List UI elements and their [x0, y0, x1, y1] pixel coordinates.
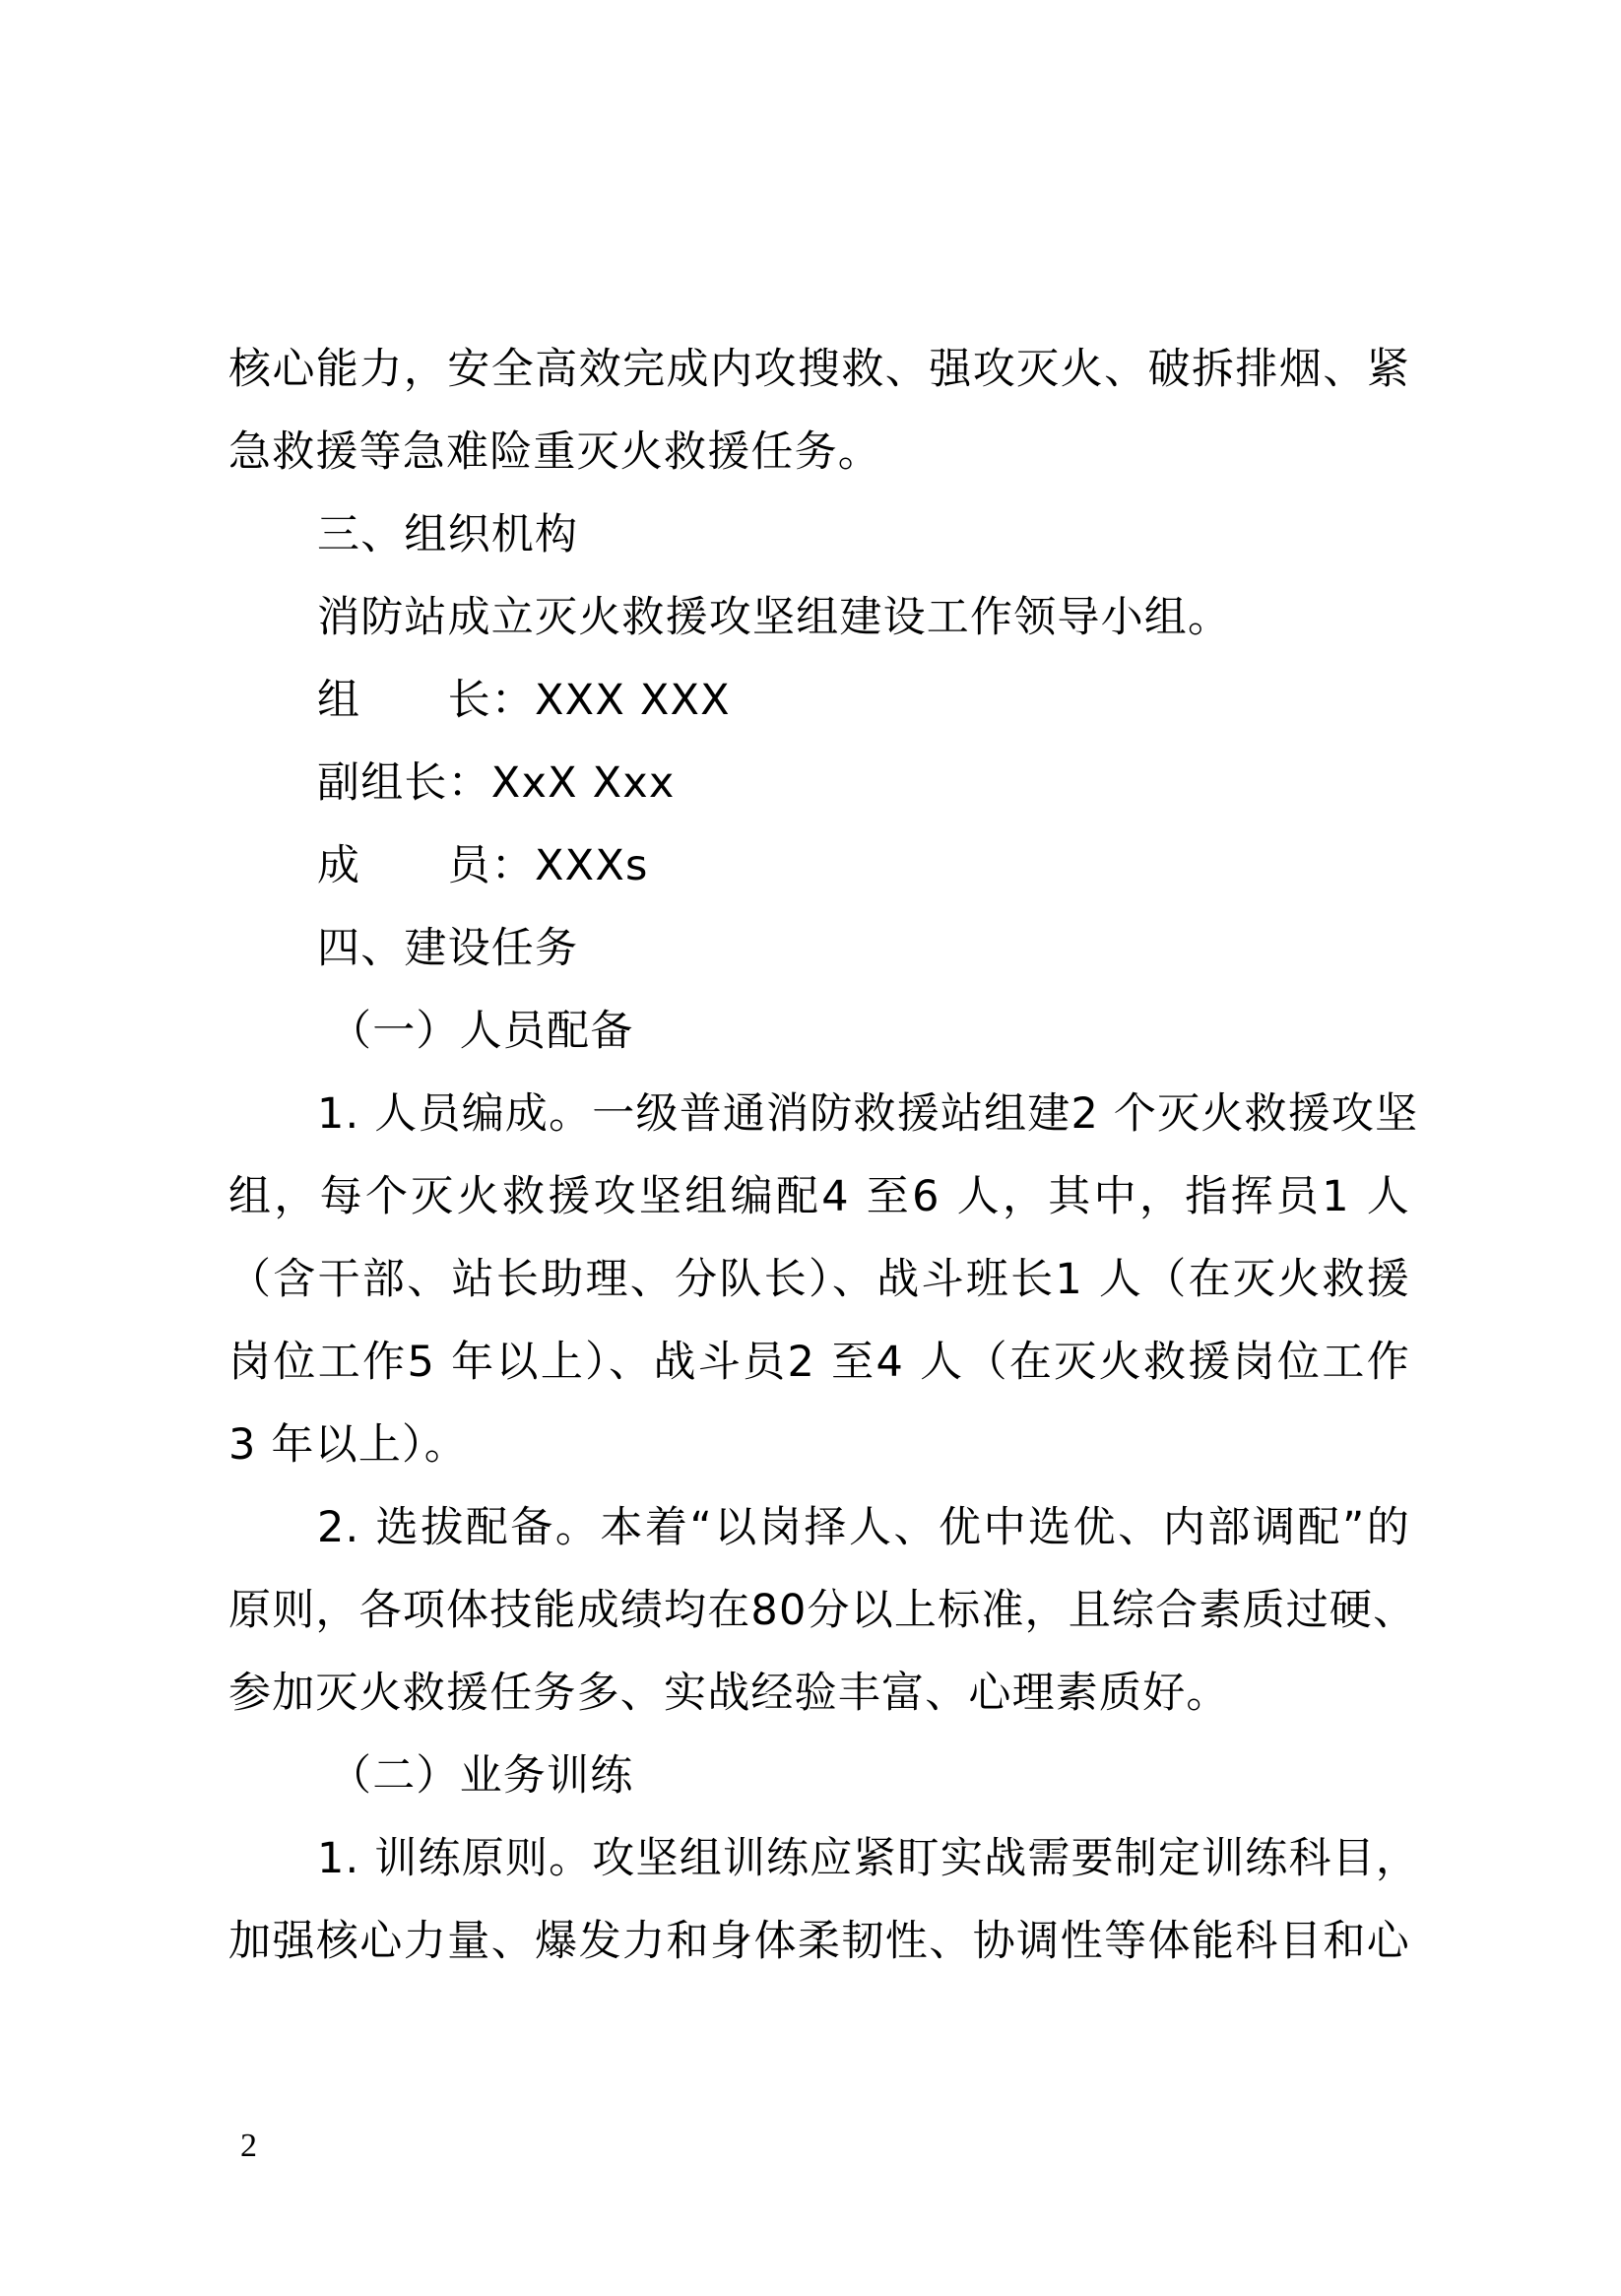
paragraph-line: 消防站成立灭火救援攻坚组建设工作领导小组。 [228, 576, 1410, 659]
section-heading-organization: 三、组织机构 [228, 493, 1410, 576]
paragraph-line: 1. 训练原则。攻坚组训练应紧盯实战需要制定训练科目， [228, 1817, 1410, 1900]
paragraph-line: 3 年以上）。 [228, 1404, 1410, 1486]
paragraph-line: 岗位工作5 年以上）、战斗员2 至4 人（在灭火救援岗位工作 [228, 1321, 1410, 1404]
leader-line: 组 长：XXX XXX [228, 659, 1410, 742]
members-line: 成 员：XXXs [228, 824, 1410, 907]
subsection-heading-training: （二）业务训练 [228, 1735, 1410, 1817]
document-page: 核心能力，安全高效完成内攻搜救、强攻灭火、破拆排烟、紧 急救援等急难险重灭火救援… [0, 0, 1621, 2296]
paragraph-line: 2. 选拔配备。本着“以岗择人、优中选优、内部调配”的 [228, 1486, 1410, 1569]
paragraph-line: 急救援等急难险重灭火救援任务。 [228, 411, 1410, 493]
paragraph-line: 核心能力，安全高效完成内攻搜救、强攻灭火、破拆排烟、紧 [228, 328, 1410, 411]
subsection-heading-staffing: （一）人员配备 [228, 990, 1410, 1073]
paragraph-line: 原则，各项体技能成绩均在80分以上标准，且综合素质过硬、 [228, 1569, 1410, 1652]
deputy-leader-line: 副组长：XxX Xxx [228, 742, 1410, 824]
document-body: 核心能力，安全高效完成内攻搜救、强攻灭火、破拆排烟、紧 急救援等急难险重灭火救援… [228, 328, 1410, 1983]
paragraph-line: 组，每个灭火救援攻坚组编配4 至6 人，其中，指挥员1 人 [228, 1155, 1410, 1238]
paragraph-line: 参加灭火救援任务多、实战经验丰富、心理素质好。 [228, 1652, 1410, 1735]
page-number: 2 [240, 2128, 257, 2165]
paragraph-line: （含干部、站长助理、分队长）、战斗班长1 人（在灭火救援 [228, 1238, 1410, 1321]
section-heading-tasks: 四、建设任务 [228, 907, 1410, 990]
paragraph-line: 加强核心力量、爆发力和身体柔韧性、协调性等体能科目和心 [228, 1900, 1410, 1983]
paragraph-line: 1. 人员编成。一级普通消防救援站组建2 个灭火救援攻坚 [228, 1073, 1410, 1155]
